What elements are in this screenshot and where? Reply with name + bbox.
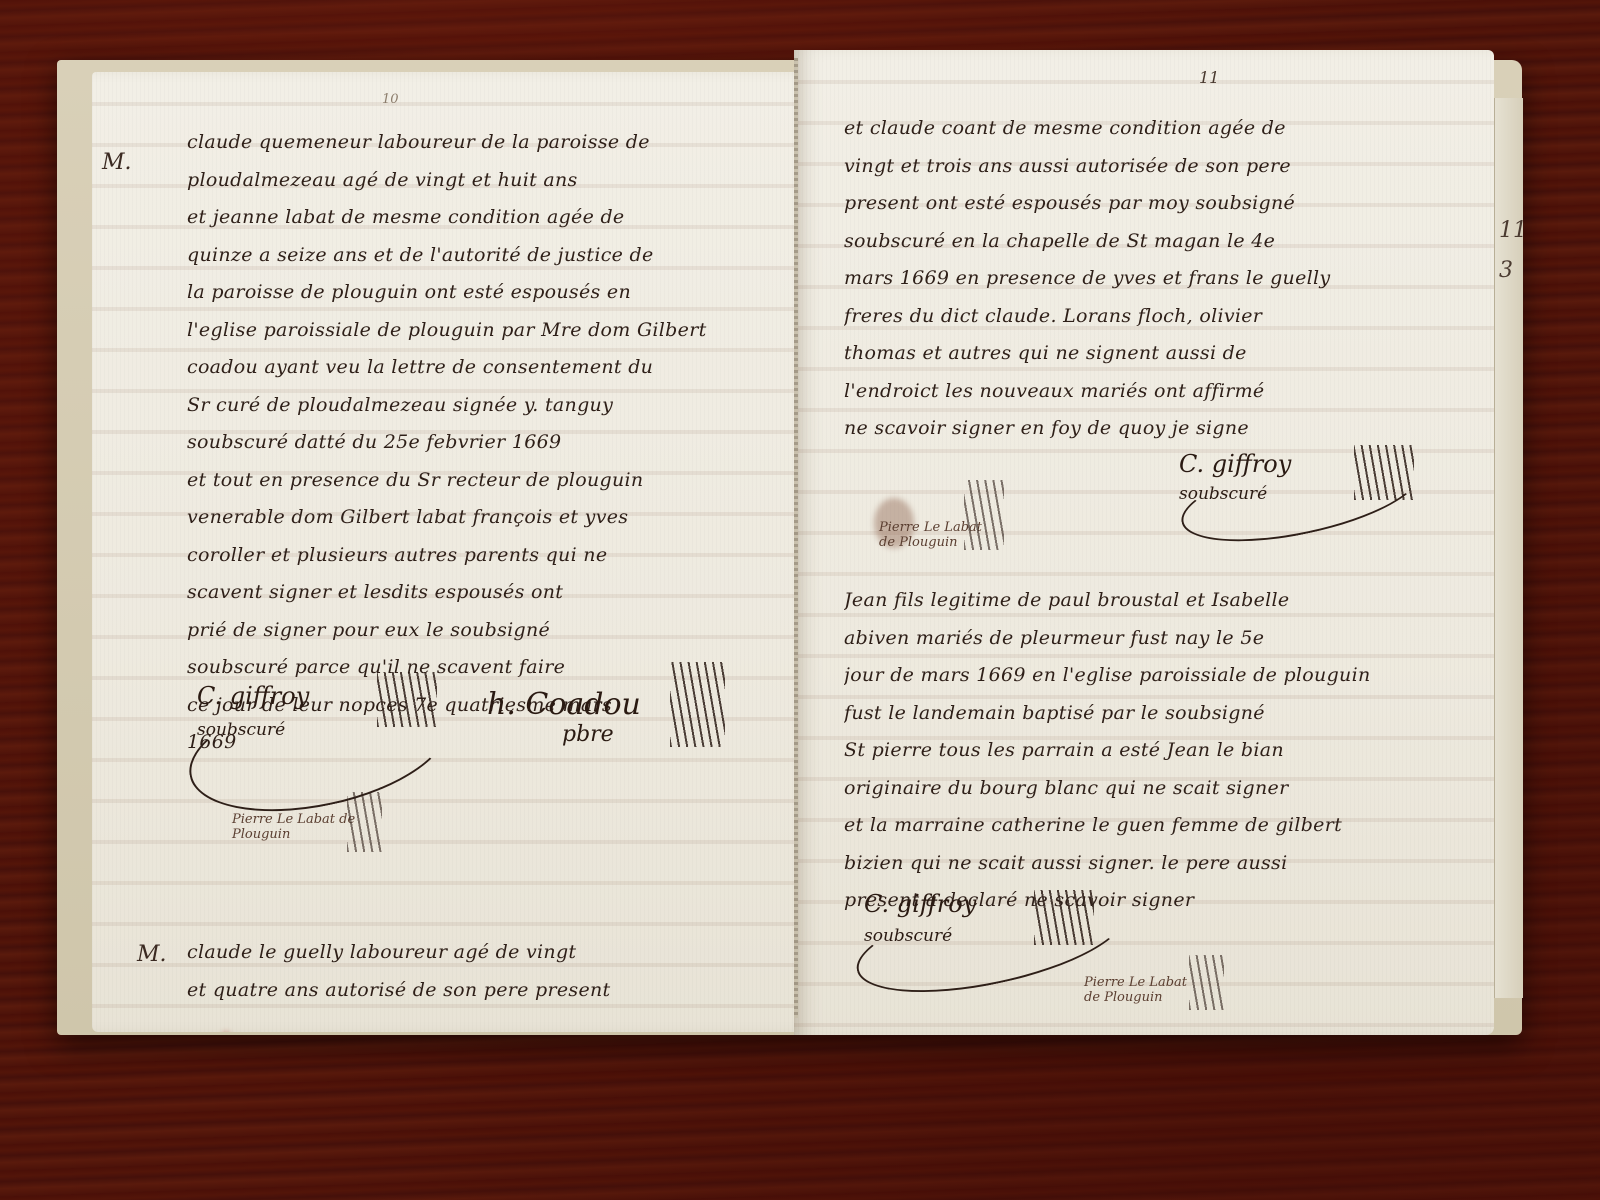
right-page-number: 11 [1199,68,1219,87]
entry-line: l'eglise paroissiale de plouguin par Mre… [187,312,827,350]
entry-line: abiven mariés de pleurmeur fust nay le 5… [844,620,1484,658]
right-page: 11 et claude coant de mesme condition ag… [794,50,1494,1035]
entry-line: quinze a seize ans et de l'autorité de j… [187,237,827,275]
entry-line: freres du dict claude. Lorans floch, oli… [844,298,1484,336]
entry-line: et la marraine catherine le guen femme d… [844,807,1484,845]
entry-line: vingt et trois ans aussi autorisée de so… [844,148,1484,186]
binding-thread [794,58,798,1018]
entry-line: present ont esté espousés par moy soubsi… [844,185,1484,223]
marriage-entry-coant: et claude coant de mesme condition agée … [844,110,1484,448]
entry-line: St pierre tous les parrain a esté Jean l… [844,732,1484,770]
page-edge-tabs: 11 3 [1494,98,1523,998]
entry-line: Jean fils legitime de paul broustal et I… [844,582,1484,620]
entry-line: ne scavoir signer en foy de quoy je sign… [844,410,1484,448]
entry-line: claude quemeneur laboureur de la paroiss… [187,124,827,162]
entry-line: Sr curé de ploudalmezeau signée y. tangu… [187,387,827,425]
margin-mark-marriage: M. [137,942,167,967]
edge-mark: 11 [1499,218,1527,243]
entry-line: coroller et plusieurs autres parents qui… [187,537,827,575]
entry-line: coadou ayant veu la lettre de consenteme… [187,349,827,387]
entry-line: venerable dom Gilbert labat françois et … [187,499,827,537]
marriage-entry-quemeneur: claude quemeneur laboureur de la paroiss… [187,124,827,762]
edge-mark: 3 [1499,258,1513,283]
entry-line: originaire du bourg blanc qui ne scait s… [844,770,1484,808]
entry-line: et jeanne labat de mesme condition agée … [187,199,827,237]
entry-line: et tout en presence du Sr recteur de plo… [187,462,827,500]
entry-line: soubscuré parce qu'il ne scavent faire [187,649,827,687]
signature-flourish-hatch [347,792,382,852]
entry-line: soubscuré en la chapelle de St magan le … [844,223,1484,261]
baptism-entry-broustal: Jean fils legitime de paul broustal et I… [844,582,1484,920]
open-register-book: 10 M. claude quemeneur laboureur de la p… [52,58,1522,1038]
entry-line: la paroisse de plouguin ont esté espousé… [187,274,827,312]
entry-line: ploudalmezeau agé de vingt et huit ans [187,162,827,200]
signature-labat: Pierre Le Labat de Plouguin [232,812,362,842]
entry-line: fust le landemain baptisé par le soubsig… [844,695,1484,733]
entry-line: et claude coant de mesme condition agée … [844,110,1484,148]
left-page: 10 M. claude quemeneur laboureur de la p… [92,72,834,1032]
entry-line: soubscuré datté du 25e febvrier 1669 [187,424,827,462]
entry-line: scavent signer et lesdits espousés ont [187,574,827,612]
entry-line: et quatre ans autorisé de son pere prese… [187,972,827,1010]
entry-line: thomas et autres qui ne signent aussi de [844,335,1484,373]
marriage-entry-le-guelly: claude le guelly laboureur agé de vingt … [187,934,827,1009]
entry-line: claude le guelly laboureur agé de vingt [187,934,827,972]
signature-coadou: h. Coadou pbre [487,687,641,747]
entry-line: prié de signer pour eux le soubsigné [187,612,827,650]
entry-line: mars 1669 en presence de yves et frans l… [844,260,1484,298]
entry-line: jour de mars 1669 en l'eglise paroissial… [844,657,1484,695]
left-page-number: 10 [382,92,399,107]
signature-flourish-hatch [964,480,1004,550]
entry-line: l'endroict les nouveaux mariés ont affir… [844,373,1484,411]
margin-mark-marriage: M. [102,150,132,175]
signature-flourish-hatch [1189,955,1224,1010]
signature-flourish-hatch [670,662,725,747]
entry-line: bizien qui ne scait aussi signer. le per… [844,845,1484,883]
signature-labat: Pierre Le Labat de Plouguin [1084,975,1194,1005]
